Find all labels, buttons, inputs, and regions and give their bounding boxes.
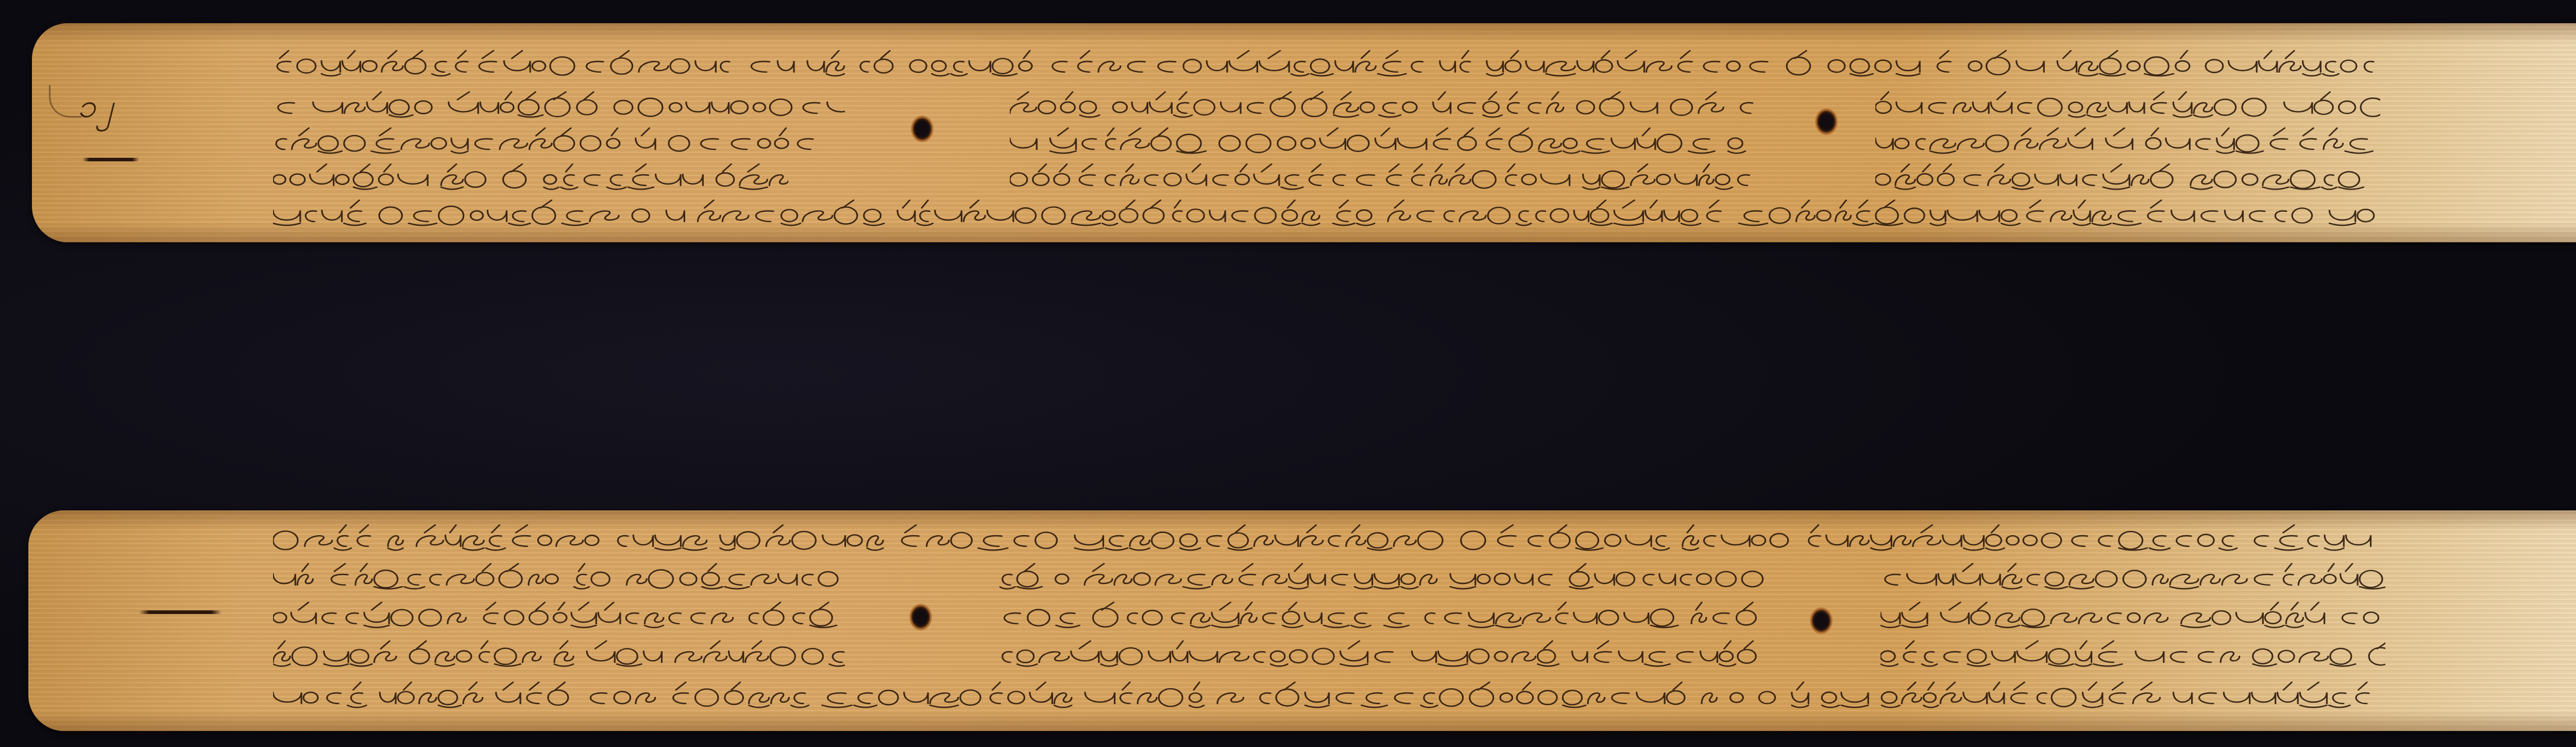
- handwritten-script-glyphs: [273, 162, 788, 192]
- handwritten-script-glyphs: [273, 126, 814, 156]
- handwritten-script-glyphs: [999, 639, 1767, 669]
- manuscript-text-line: [1875, 126, 2380, 156]
- manuscript-text-line: [1875, 90, 2380, 120]
- manuscript-text-line: [1875, 162, 2380, 192]
- manuscript-text-line: [1010, 126, 1757, 156]
- handwritten-script-glyphs: [273, 90, 845, 120]
- handwritten-script-glyphs: [999, 601, 1767, 630]
- binding-hole: [1815, 108, 1838, 135]
- manuscript-text-line: [1880, 601, 2385, 630]
- binding-hole: [911, 115, 934, 142]
- manuscript-text-line: [999, 601, 1767, 630]
- manuscript-text-line: [273, 49, 2380, 79]
- manuscript-text-line: [273, 90, 845, 120]
- handwritten-script-glyphs: [999, 562, 1767, 592]
- binding-hole: [909, 604, 932, 630]
- handwritten-script-glyphs: [273, 680, 2385, 710]
- manuscript-text-line: [1880, 639, 2385, 669]
- handwritten-script-glyphs: [273, 49, 2380, 79]
- manuscript-text-line: [1880, 562, 2385, 592]
- handwritten-script-glyphs: [273, 198, 2380, 228]
- manuscript-text-line: [1010, 90, 1757, 120]
- margin-dash-mark: [82, 158, 139, 161]
- manuscript-text-line: [273, 562, 845, 592]
- handwritten-script-glyphs: [1875, 162, 2380, 192]
- manuscript-text-line: [273, 639, 845, 669]
- manuscript-text-line: [273, 523, 2385, 553]
- manuscript-text-line: [273, 162, 788, 192]
- manuscript-text-line: [1010, 162, 1757, 192]
- manuscript-text-line: [999, 639, 1767, 669]
- handwritten-script-glyphs: [273, 601, 845, 630]
- handwritten-script-glyphs: [1875, 90, 2380, 120]
- handwritten-script-glyphs: [1880, 601, 2385, 630]
- binding-hole: [1810, 607, 1833, 634]
- manuscript-text-line: [273, 680, 2385, 710]
- manuscript-text-line: [273, 198, 2380, 228]
- manuscript-text-line: [273, 601, 845, 630]
- folio-number-mark: ၁၂: [77, 85, 114, 134]
- manuscript-text-line: [999, 562, 1767, 592]
- handwritten-script-glyphs: [273, 639, 845, 669]
- handwritten-script-glyphs: [1880, 562, 2385, 592]
- handwritten-script-glyphs: [1010, 162, 1757, 192]
- margin-dash-mark: [139, 610, 222, 614]
- handwritten-script-glyphs: [1010, 90, 1757, 120]
- manuscript-text-line: [273, 126, 814, 156]
- handwritten-script-glyphs: [1010, 126, 1757, 156]
- handwritten-script-glyphs: [273, 523, 2385, 553]
- handwritten-script-glyphs: [273, 562, 845, 592]
- handwritten-script-glyphs: [1880, 639, 2385, 669]
- handwritten-script-glyphs: [1875, 126, 2380, 156]
